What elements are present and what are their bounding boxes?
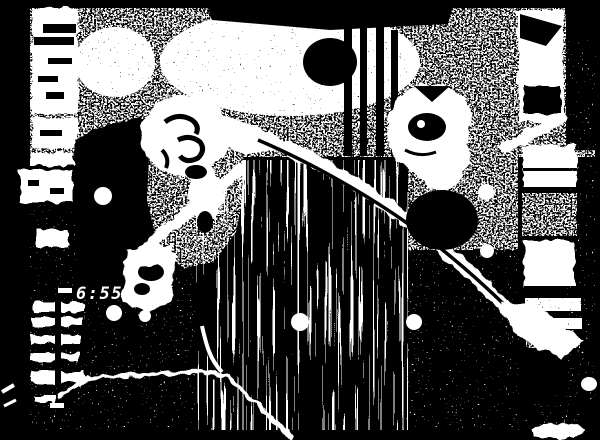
leg-shade-2: [134, 283, 150, 295]
white-blob-right: [581, 377, 597, 391]
timestamp-text: 6:55: [76, 284, 123, 304]
pillar-dash-3: [48, 58, 72, 64]
white-dot-7: [406, 314, 422, 330]
white-dot-1: [94, 187, 112, 205]
screenshot-root: 6:55: [0, 0, 600, 440]
shutter-mark-1: [34, 396, 56, 402]
pillar-dash-2: [34, 37, 74, 45]
owl-eye-patch: [408, 113, 446, 141]
dark-under-face: [406, 190, 478, 250]
owl-eye-glint: [417, 120, 425, 128]
shutter-mark-2: [50, 403, 64, 408]
timestamp-dash: [58, 288, 72, 293]
pillar-dash-1: [43, 24, 76, 33]
ledge-block-3: [36, 230, 68, 247]
frame-bottom: [0, 430, 600, 440]
figure-shade-2: [197, 211, 213, 233]
porch-strip-2: [522, 318, 582, 329]
pillar-dash-5: [46, 92, 64, 99]
ledge-mark-2: [50, 188, 64, 194]
slat-divider: [55, 300, 61, 386]
white-dot-4: [478, 184, 494, 200]
photo-canvas: 6:55: [0, 0, 600, 440]
ledge-block-2: [20, 170, 72, 202]
white-dot-6: [291, 313, 309, 331]
porch-strip-1: [525, 298, 581, 311]
owl-muzzle: [428, 153, 458, 191]
tree-trunk-1: [344, 22, 352, 156]
pillar-base-mark: [40, 130, 62, 136]
frame-left: [0, 0, 30, 440]
foliage-left-patch: [75, 27, 155, 97]
tree-trunk-3: [376, 20, 384, 156]
white-dot-2: [106, 305, 122, 321]
porch-strip-3: [526, 338, 580, 348]
figure-shade-1: [185, 165, 207, 179]
window-shadow-2: [524, 86, 560, 114]
shape-layer: 6:55: [0, 0, 600, 440]
tree-trunk-2: [360, 28, 367, 156]
pillar-dash-4: [38, 76, 58, 82]
bottom-right-speckle: [525, 395, 580, 425]
ledge-block-1: [30, 152, 74, 166]
white-dot-5: [480, 244, 494, 258]
grain-speckle-right: [408, 250, 520, 436]
white-dot-3: [139, 310, 151, 322]
ledge-mark-1: [28, 180, 39, 186]
frame-top: [0, 0, 600, 8]
